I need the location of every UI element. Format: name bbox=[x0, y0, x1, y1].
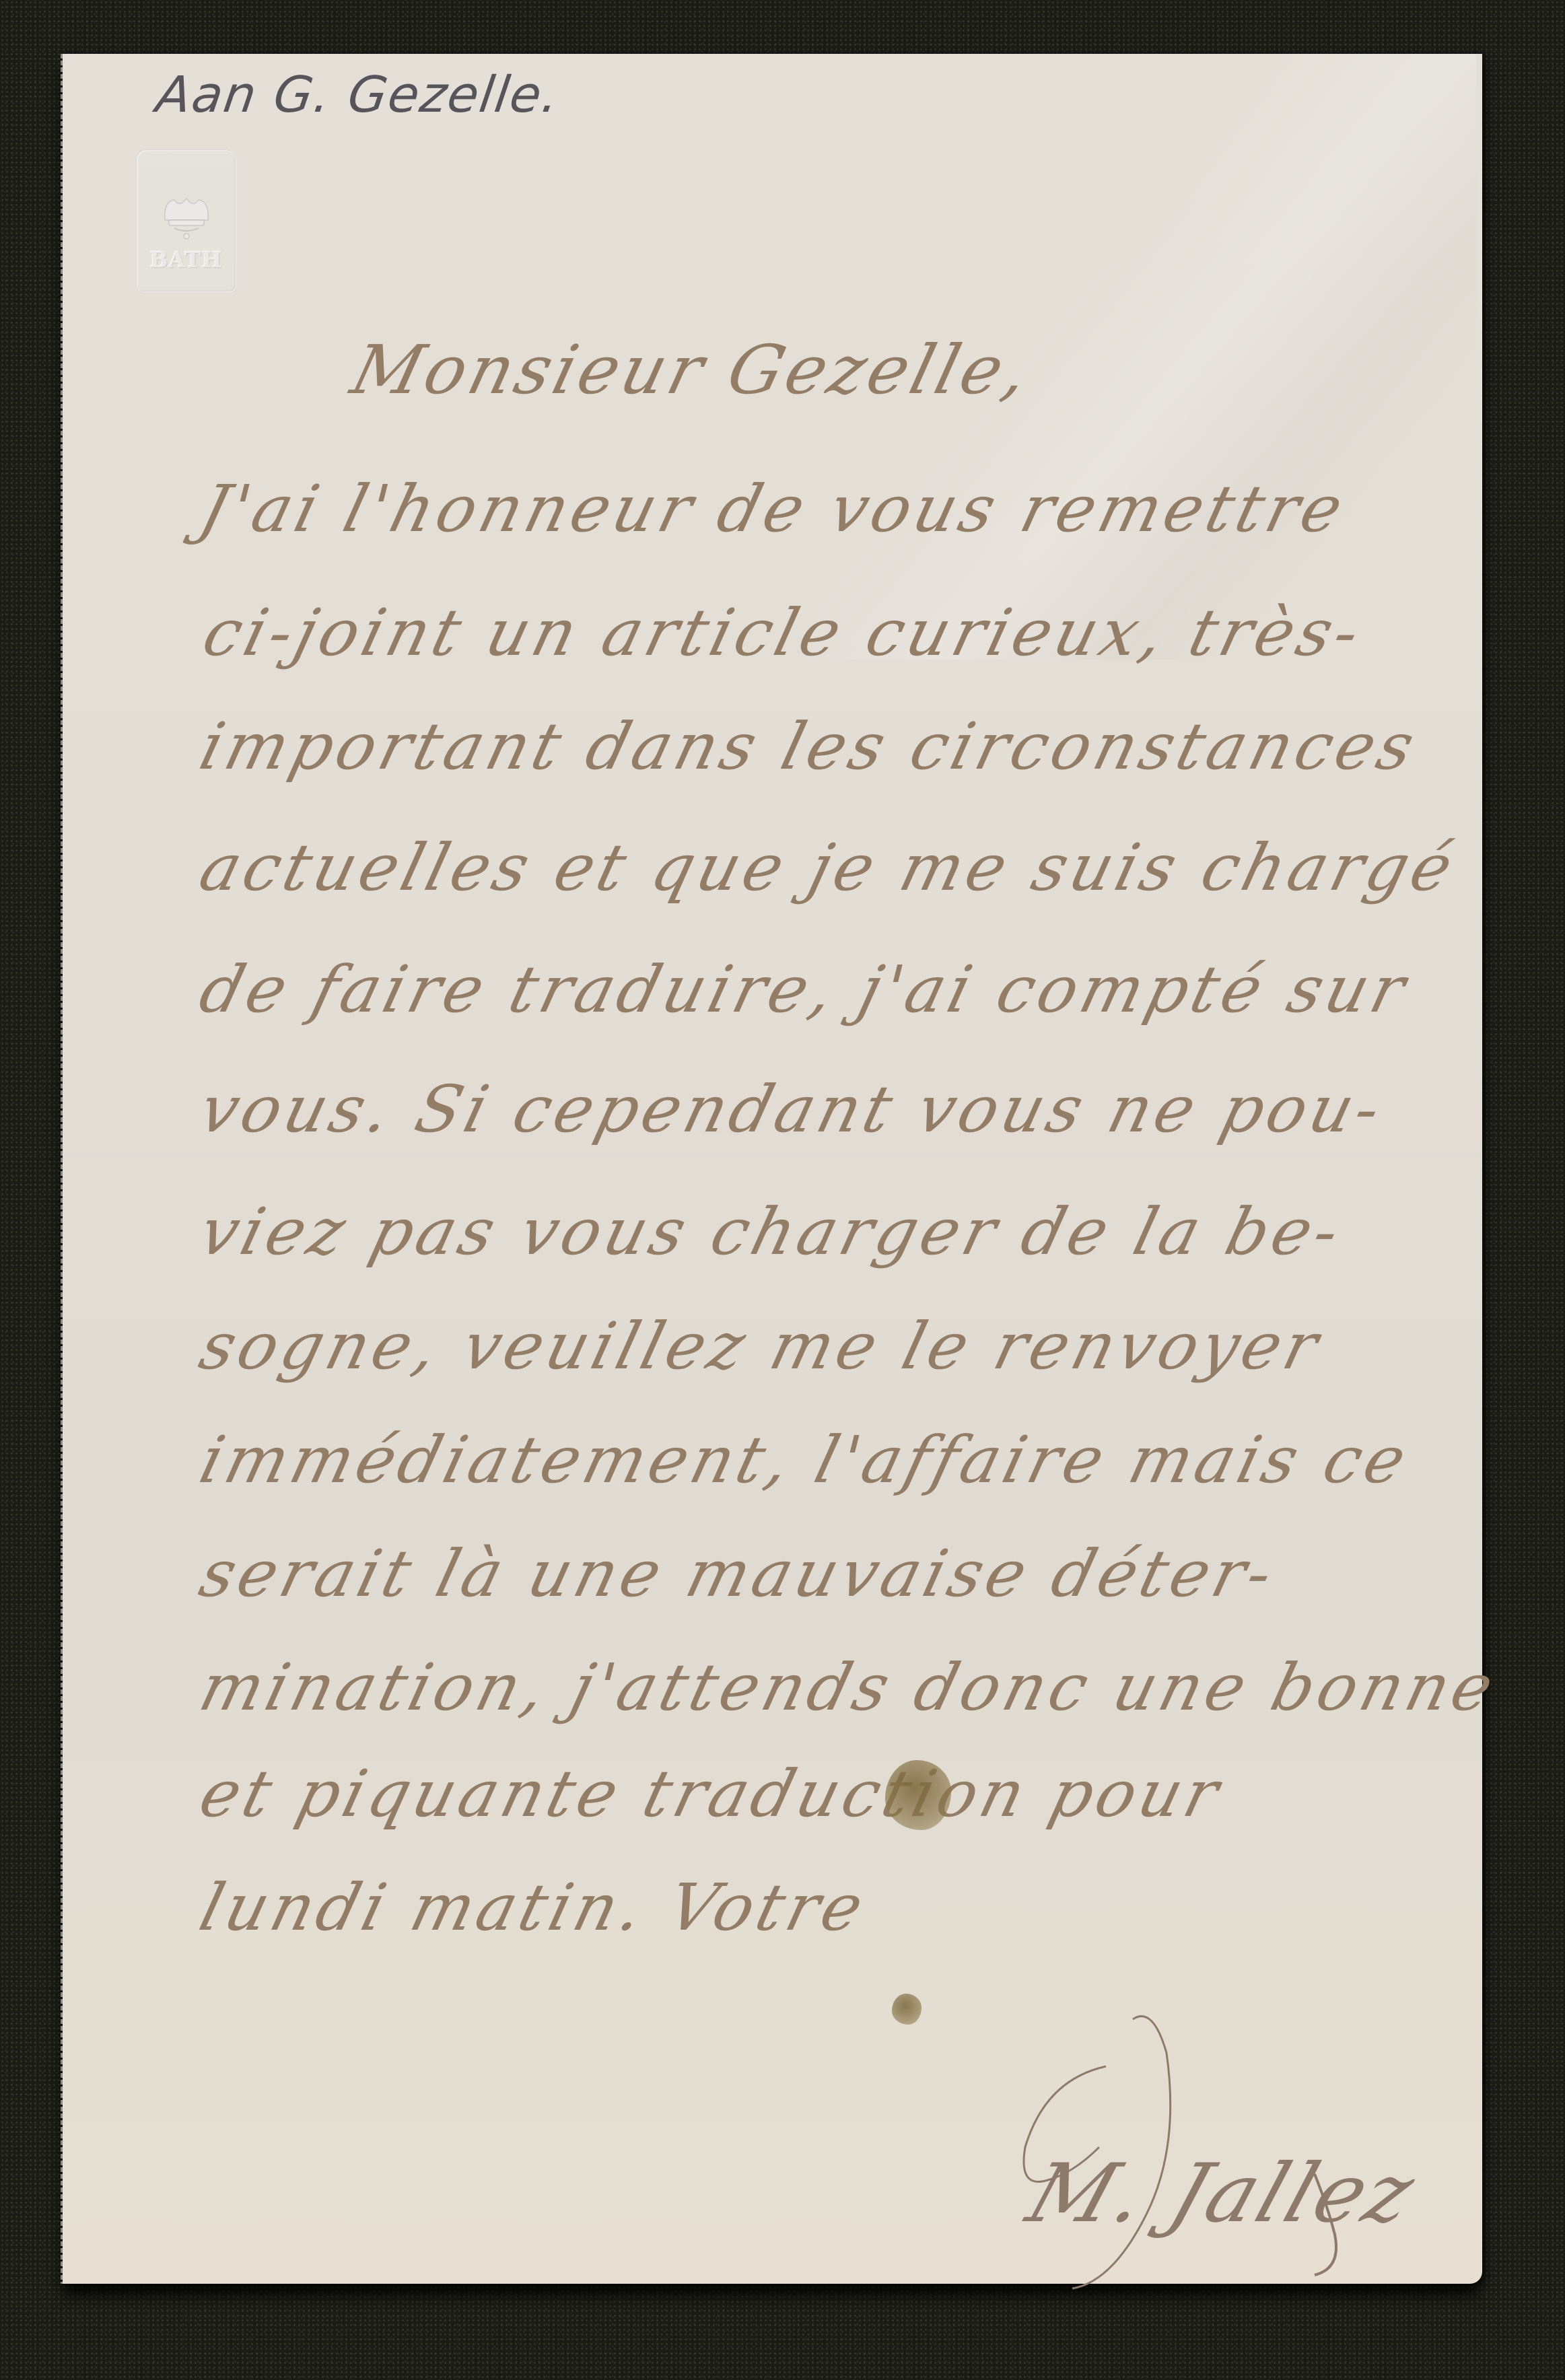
letter-line: vous. Si cependant vous ne pou- bbox=[194, 1077, 1391, 1142]
letter-line: de faire traduire, j'ai compté sur bbox=[194, 957, 1415, 1022]
stamp-text: BATH bbox=[149, 247, 222, 273]
letter-line: mination, j'attends donc une bonne bbox=[194, 1655, 1503, 1720]
letter-line: immédiatement, l'affaire mais ce bbox=[194, 1428, 1416, 1492]
letter-line: et piquante traduction pour bbox=[194, 1761, 1228, 1826]
salutation: Monsieur Gezelle, bbox=[345, 337, 1038, 404]
ink-stain bbox=[885, 1760, 951, 1830]
letter-line: important dans les circonstances bbox=[194, 714, 1424, 779]
scan-viewer: Aan G. Gezelle. BATH Monsieur Gezelle, J… bbox=[0, 0, 1565, 2380]
fold-line bbox=[63, 1153, 1482, 1155]
letter-line: ci-joint un article curieux, très- bbox=[197, 600, 1369, 665]
deckle-edge bbox=[61, 54, 65, 2284]
letter-sheet: Aan G. Gezelle. BATH Monsieur Gezelle, J… bbox=[63, 54, 1482, 2284]
crown-icon bbox=[160, 193, 213, 240]
letter-line: J'ai l'honneur de vous remettre bbox=[194, 477, 1353, 541]
letter-line: lundi matin. Votre bbox=[194, 1875, 873, 1940]
signature: M. Jallez bbox=[965, 2013, 1368, 2295]
archive-annotation: Aan G. Gezelle. bbox=[153, 66, 563, 124]
letter-line: viez pas vous charger de la be- bbox=[194, 1199, 1349, 1264]
ink-stain bbox=[892, 1994, 921, 2025]
letter-line: serait là une mauvaise déter- bbox=[194, 1541, 1282, 1606]
embossed-stamp: BATH bbox=[137, 150, 236, 291]
signature-text: M. Jallez bbox=[1016, 2147, 1428, 2241]
letter-line: actuelles et que je me suis chargé bbox=[194, 835, 1463, 900]
letter-line: sogne, veuillez me le renvoyer bbox=[194, 1314, 1328, 1378]
